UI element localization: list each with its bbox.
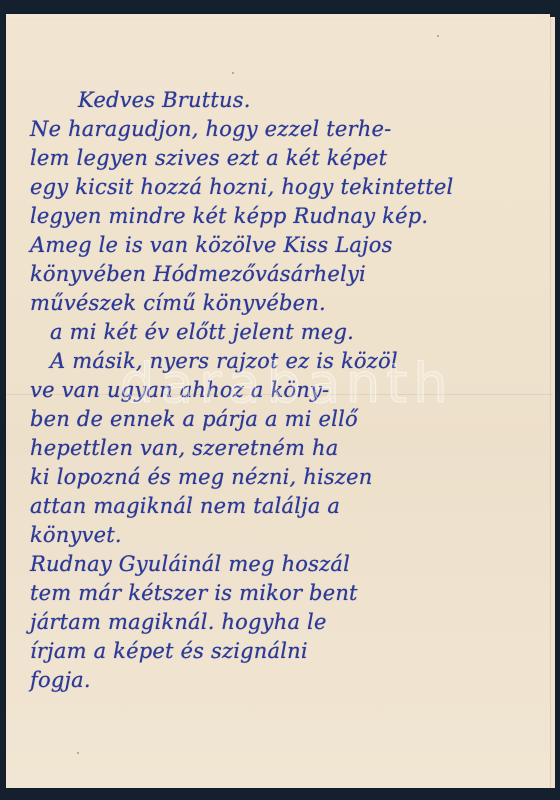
- letter-line: fogja.: [30, 666, 540, 695]
- paper-speck: [232, 72, 234, 74]
- paper-speck: [437, 35, 439, 37]
- page-top-edge: [6, 14, 536, 18]
- letter-line: Ne haragudjon, hogy ezzel terhe-: [30, 115, 540, 144]
- letter-line: tem már kétszer is mikor bent: [30, 579, 540, 608]
- letter-line: attan magiknál nem találja a: [30, 492, 540, 521]
- letter-line: művészek című könyvében.: [30, 289, 540, 318]
- letter-body: Kedves Bruttus. Ne haragudjon, hogy ezze…: [30, 86, 540, 695]
- letter-line: Ameg le is van közölve Kiss Lajos: [30, 231, 540, 260]
- letter-line: a mi két év előtt jelent meg.: [30, 318, 540, 347]
- letter-line: egy kicsit hozzá hozni, hogy tekintettel: [30, 173, 540, 202]
- letter-line: jártam magiknál. hogyha le: [30, 608, 540, 637]
- letter-line: írjam a képet és szignálni: [30, 637, 540, 666]
- letter-line: hepettlen van, szeretném ha: [30, 434, 540, 463]
- paper-speck: [77, 752, 79, 754]
- letter-line: Rudnay Gyuláinál meg hoszál: [30, 550, 540, 579]
- letter-line: legyen mindre két képp Rudnay kép.: [30, 202, 540, 231]
- letter-line: lem legyen szives ezt a két képet: [30, 144, 540, 173]
- letter-line: ben de ennek a párja a mi ellő: [30, 405, 540, 434]
- letter-line: ve van ugyan ahhoz a köny-: [30, 376, 540, 405]
- letter-line: könyvet.: [30, 521, 540, 550]
- letter-line: A másik, nyers rajzot ez is közöl: [30, 347, 540, 376]
- letter-line: ki lopozná és meg nézni, hiszen: [30, 463, 540, 492]
- letter-line: könyvében Hódmezővásárhelyi: [30, 260, 540, 289]
- salutation: Kedves Bruttus.: [30, 86, 540, 115]
